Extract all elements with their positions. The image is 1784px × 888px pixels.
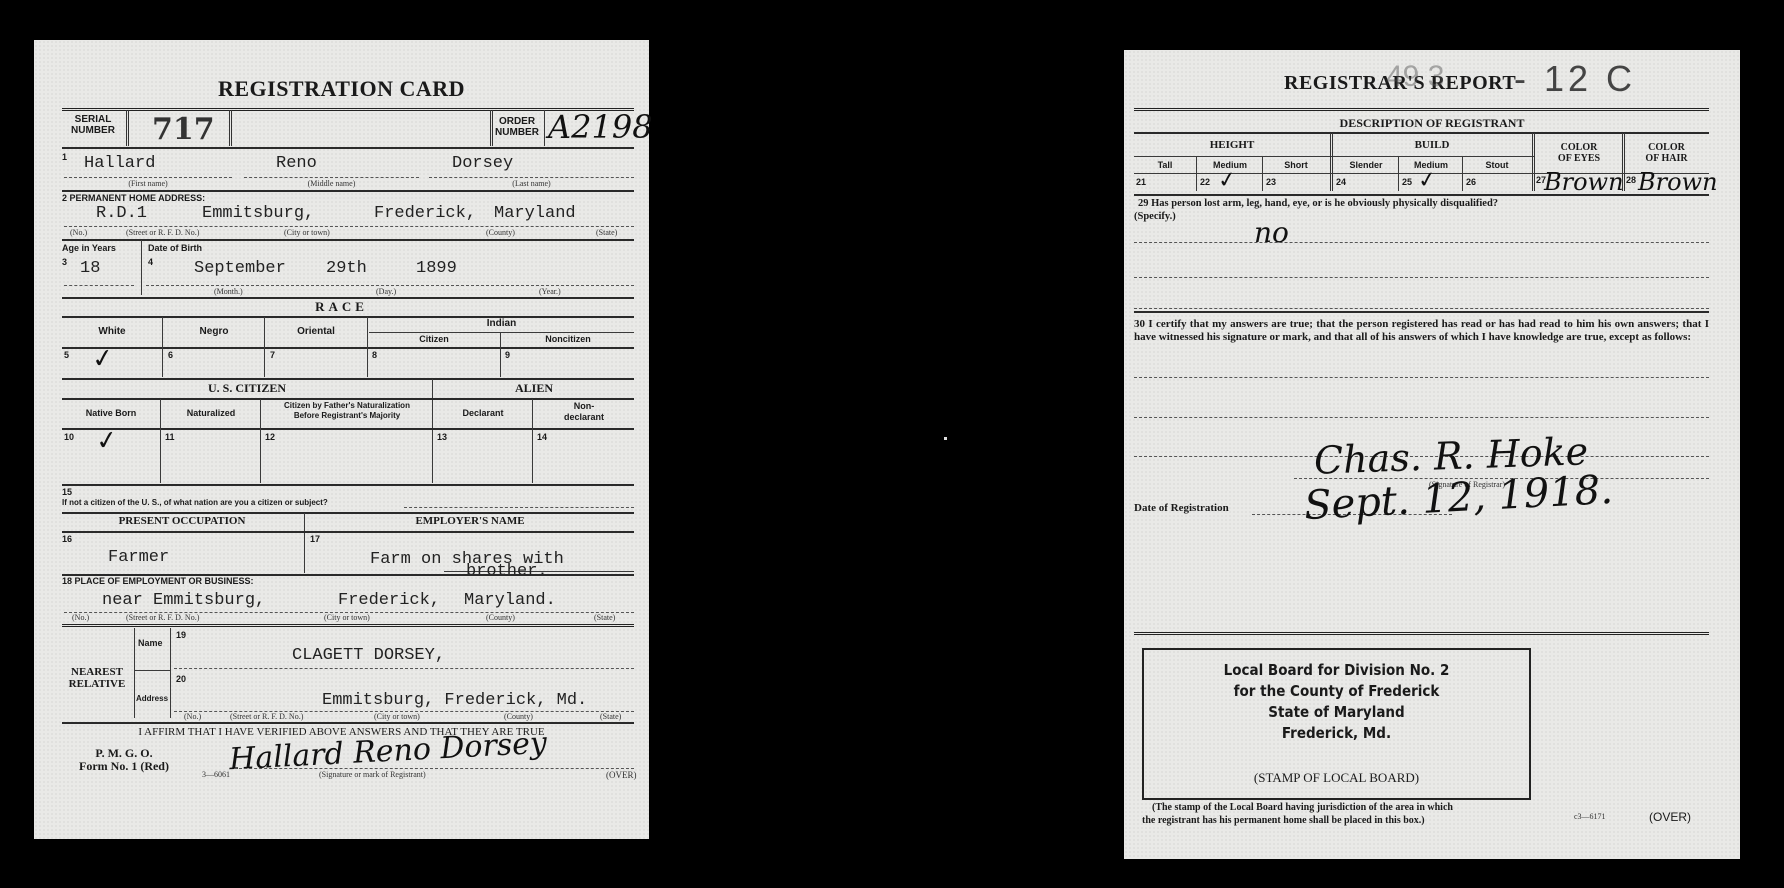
form-id: P. M. G. O. Form No. 1 (Red) [54,747,194,773]
occupation-header: PRESENT OCCUPATION [62,515,302,527]
q29-answer: no [1254,216,1289,249]
address-county: Frederick, [374,204,476,223]
us-citizen-header: U. S. CITIZEN [62,381,432,396]
faded-stamp-number: 49 3 [1386,60,1444,94]
employment-state: Maryland. [464,591,556,610]
birth-day: 29th [326,259,367,278]
scan-artifact-dot [944,437,947,440]
nearest-relative-label: NEAREST RELATIVE [60,666,134,690]
build-medium-checkmark: ✓ [1416,167,1438,194]
registration-card: REGISTRATION CARD SERIAL NUMBER 717 ORDE… [34,40,649,839]
place-of-employment-label: 18 PLACE OF EMPLOYMENT OR BUSINESS: [62,576,254,586]
race-header: RACE [34,299,649,315]
nationality-question: If not a citizen of the U. S., of what n… [62,498,328,507]
age-value: 18 [80,259,100,278]
birth-month: September [194,259,286,278]
address-state: Maryland [494,204,576,223]
relative-address: Emmitsburg, Frederick, Md. [322,691,587,710]
serial-number: 717 [152,112,215,147]
hair-color: Brown [1638,168,1718,196]
order-label: ORDER NUMBER [492,116,542,138]
description-header: DESCRIPTION OF REGISTRANT [1124,116,1740,131]
employment-county: Frederick, [338,591,440,610]
alien-header: ALIEN [434,381,634,396]
employment-street: near Emmitsburg, [102,591,265,610]
last-name: Dorsey [452,154,513,173]
card-title: REGISTRATION CARD [34,76,649,102]
over-label: (OVER) [1649,810,1691,824]
birth-year: 1899 [416,259,457,278]
address-city: Emmitsburg, [202,204,314,223]
order-number: A2198 [548,108,653,146]
address-no: R.D.1 [96,204,147,223]
employer-header: EMPLOYER'S NAME [306,515,634,527]
occupation-value: Farmer [108,548,169,567]
local-board-stamp-box: Local Board for Division No. 2 for the C… [1142,648,1531,800]
eye-color: Brown [1544,168,1624,196]
local-board-stamp: Local Board for Division No. 2 for the C… [1144,660,1529,744]
q30-certification: 30 I certify that my answers are true; t… [1134,318,1709,344]
white-checkmark: ✓ [90,343,116,376]
native-born-checkmark: ✓ [94,425,120,458]
serial-label: SERIAL NUMBER [64,114,122,136]
relative-name: CLAGETT DORSEY, [292,646,445,665]
date-of-registration-label: Date of Registration [1134,502,1229,514]
stamped-number: - 12 C [1514,58,1636,100]
registrars-report-card: REGISTRAR'S REPORT 49 3 - 12 C DESCRIPTI… [1124,50,1740,859]
q29-question: 29 Has person lost arm, leg, hand, eye, … [1138,198,1498,209]
employer-value-line2: brother. [466,562,548,581]
height-medium-checkmark: ✓ [1216,167,1238,194]
first-name: Hallard [84,154,155,173]
address-label: 2 PERMANENT HOME ADDRESS: [62,193,205,203]
middle-name: Reno [276,154,317,173]
